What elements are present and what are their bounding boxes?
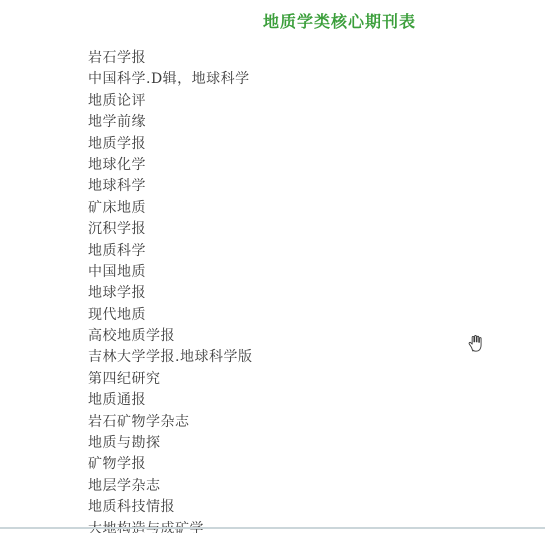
journal-list-item: 地球学报 xyxy=(88,283,508,304)
journal-list-item: 吉林大学学报.地球科学版 xyxy=(88,347,508,368)
page-title: 地质学类核心期刊表 xyxy=(263,9,416,32)
journal-list-item: 矿床地质 xyxy=(88,198,508,219)
journal-list-item: 地球化学 xyxy=(88,155,508,176)
journal-list-item: 岩石学报 xyxy=(88,48,508,69)
journal-list-item: 地球科学 xyxy=(88,176,508,197)
journal-list-item: 岩石矿物学杂志 xyxy=(88,412,508,433)
bottom-divider xyxy=(0,527,545,529)
journal-list-item: 现代地质 xyxy=(88,305,508,326)
journal-list-item: 矿物学报 xyxy=(88,454,508,475)
journal-list-item: 地质科学 xyxy=(88,241,508,262)
journal-list: 岩石学报 中国科学.D辑，地球科学 地质论评 地学前缘 地质学报 地球化学 地球… xyxy=(88,48,508,533)
journal-list-item: 第四纪研究 xyxy=(88,369,508,390)
open-hand-cursor-icon xyxy=(465,333,485,353)
journal-list-item: 沉积学报 xyxy=(88,219,508,240)
journal-list-item: 地质学报 xyxy=(88,134,508,155)
journal-list-item: 地质论评 xyxy=(88,91,508,112)
journal-list-item: 地学前缘 xyxy=(88,112,508,133)
journal-list-item: 地层学杂志 xyxy=(88,476,508,497)
journal-list-page: 地质学类核心期刊表 岩石学报 中国科学.D辑，地球科学 地质论评 地学前缘 地质… xyxy=(0,0,545,533)
journal-list-item: 大地构造与成矿学 xyxy=(88,519,508,533)
journal-list-item: 地质科技情报 xyxy=(88,497,508,518)
journal-list-item: 中国地质 xyxy=(88,262,508,283)
journal-list-item: 中国科学.D辑，地球科学 xyxy=(88,69,508,90)
journal-list-item: 地质通报 xyxy=(88,390,508,411)
journal-list-item: 地质与勘探 xyxy=(88,433,508,454)
journal-list-item: 高校地质学报 xyxy=(88,326,508,347)
